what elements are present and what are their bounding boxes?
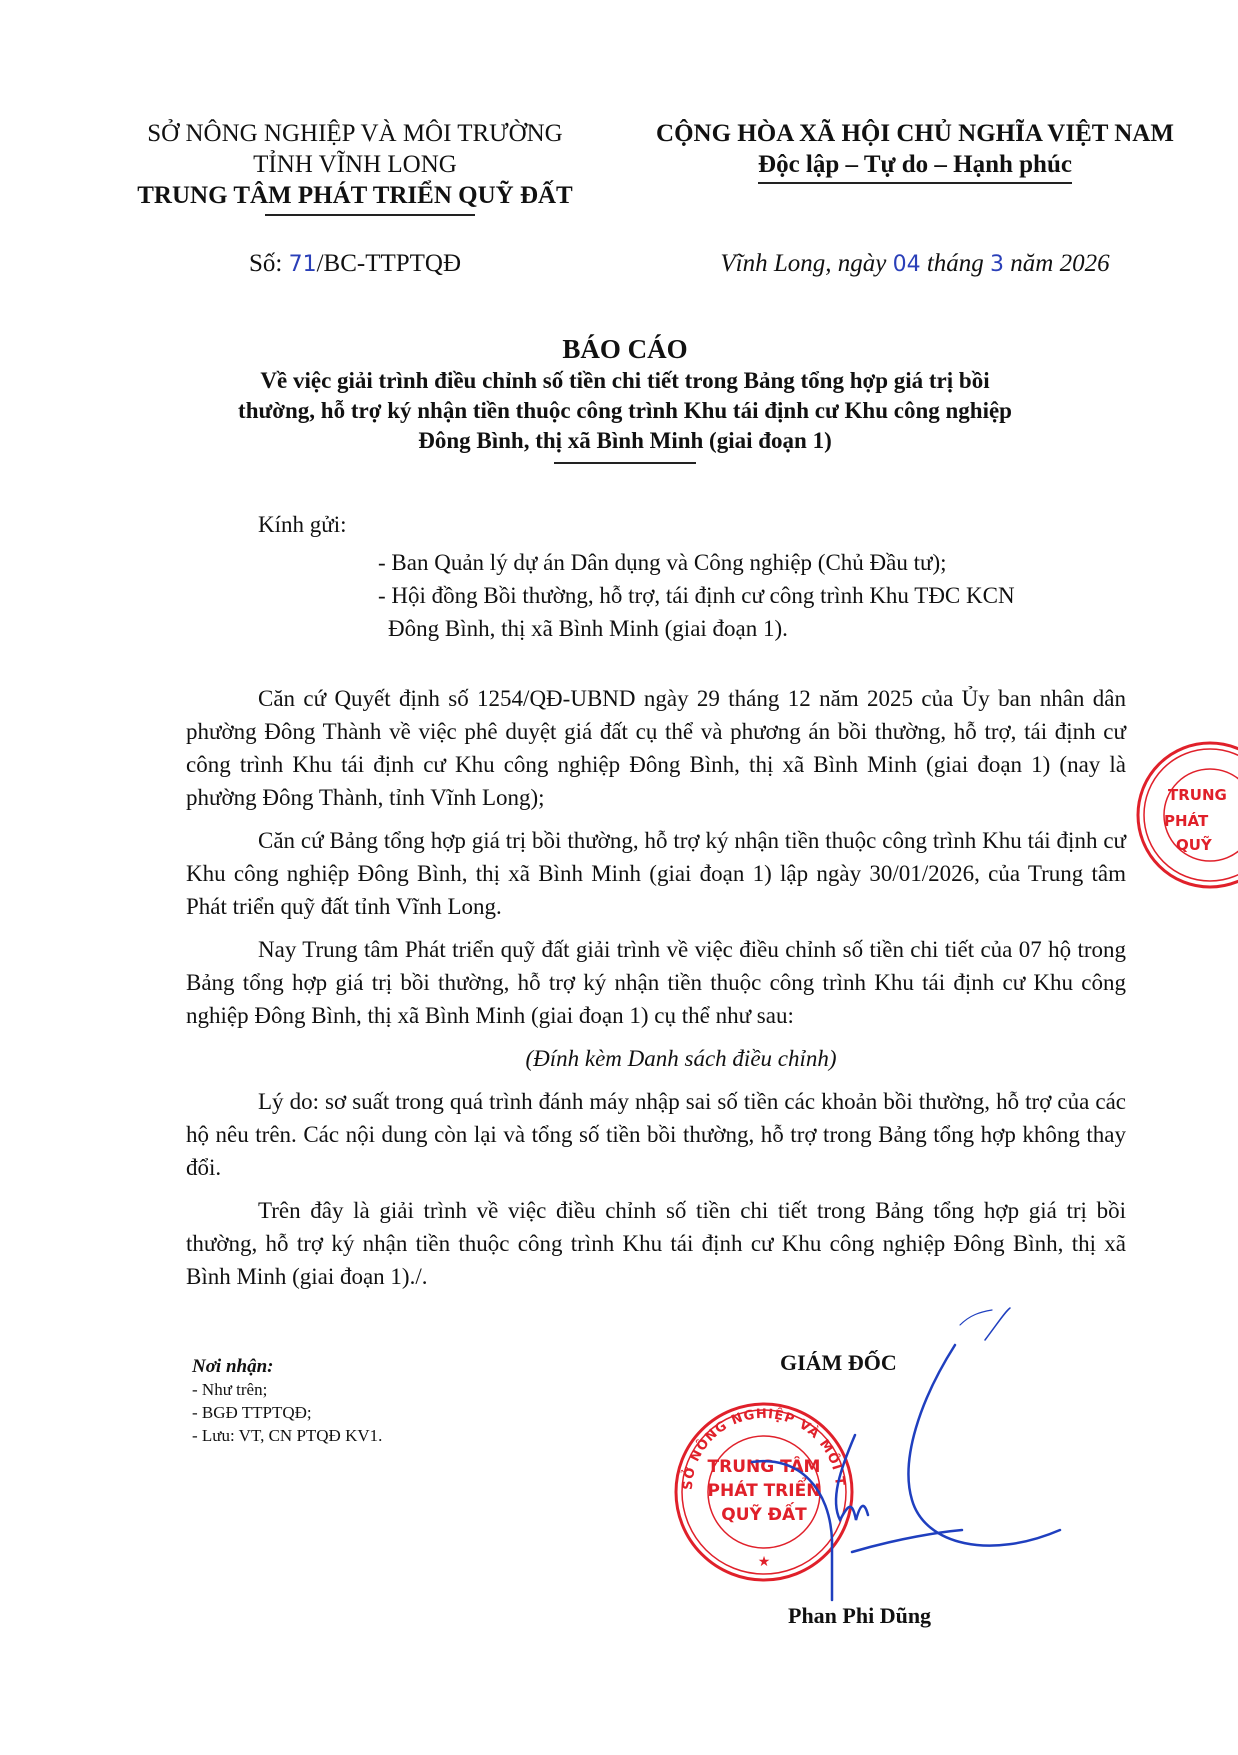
handwritten-number: 71: [289, 252, 317, 277]
body-paragraph: Nay Trung tâm Phát triển quỹ đất giải tr…: [186, 933, 1126, 1032]
signer-title: GIÁM ĐỐC: [780, 1350, 897, 1376]
recipients-list: - Ban Quản lý dự án Dân dụng và Công ngh…: [378, 546, 1015, 645]
distribution-block: Nơi nhận: - Như trên; - BGĐ TTPTQĐ; - Lư…: [192, 1355, 382, 1447]
recipients-label: Kính gửi:: [258, 512, 347, 538]
svg-text:★: ★: [758, 1554, 771, 1570]
document-body: Căn cứ Quyết định số 1254/QĐ-UBND ngày 2…: [186, 682, 1126, 1303]
document-number: Số: 71/BC-TTPTQĐ: [110, 250, 600, 278]
issue-date: Vĩnh Long, ngày 04 tháng 3 năm 2026: [620, 250, 1210, 278]
signer-name: Phan Phi Dũng: [788, 1603, 931, 1629]
attachment-note: (Đính kèm Danh sách điều chỉnh): [236, 1042, 1126, 1075]
svg-text:QUỸ ĐẤT: QUỸ ĐẤT: [721, 1501, 807, 1525]
document-type: BÁO CÁO: [150, 332, 1100, 366]
svg-text:PHÁT TRIỂN: PHÁT TRIỂN: [708, 1476, 821, 1501]
agency-underline: [265, 214, 475, 216]
svg-text:QUỸ: QUỸ: [1176, 835, 1213, 854]
document-title-block: BÁO CÁO Về việc giải trình điều chỉnh số…: [150, 332, 1100, 464]
distribution-item: - Lưu: VT, CN PTQĐ KV1.: [192, 1424, 382, 1447]
title-underline: [554, 462, 696, 464]
handwritten-day: 04: [893, 252, 921, 277]
recipient-item: - Hội đồng Bồi thường, hỗ trợ, tái định …: [378, 579, 1015, 612]
handwritten-month: 3: [990, 252, 1004, 277]
recipient-item-continuation: Đông Bình, thị xã Bình Minh (giai đoạn 1…: [378, 612, 1015, 645]
national-motto: Độc lập – Tự do – Hạnh phúc: [758, 149, 1072, 184]
body-paragraph: Căn cứ Bảng tổng hợp giá trị bồi thường,…: [186, 824, 1126, 923]
subject-line-3: Đông Bình, thị xã Bình Minh (giai đoạn 1…: [150, 426, 1100, 456]
center-name: TRUNG TÂM PHÁT TRIỂN QUỸ ĐẤT: [110, 180, 600, 211]
national-header-block: CỘNG HÒA XÃ HỘI CHỦ NGHĨA VIỆT NAM Độc l…: [620, 118, 1210, 184]
ministry-name: SỞ NÔNG NGHIỆP VÀ MÔI TRƯỜNG: [110, 118, 600, 149]
distribution-item: - Như trên;: [192, 1378, 382, 1401]
nation-name: CỘNG HÒA XÃ HỘI CHỦ NGHĨA VIỆT NAM: [620, 118, 1210, 149]
subject-line-2: thường, hỗ trợ ký nhận tiền thuộc công t…: [150, 396, 1100, 426]
body-paragraph: Lý do: sơ suất trong quá trình đánh máy …: [186, 1085, 1126, 1184]
recipient-item: - Ban Quản lý dự án Dân dụng và Công ngh…: [378, 546, 1015, 579]
distribution-label: Nơi nhận:: [192, 1355, 382, 1378]
province-name: TỈNH VĨNH LONG: [110, 149, 600, 180]
subject-line-1: Về việc giải trình điều chỉnh số tiền ch…: [150, 366, 1100, 396]
body-paragraph: Căn cứ Quyết định số 1254/QĐ-UBND ngày 2…: [186, 682, 1126, 814]
distribution-item: - BGĐ TTPTQĐ;: [192, 1401, 382, 1424]
body-paragraph: Trên đây là giải trình về việc điều chỉn…: [186, 1194, 1126, 1293]
page-edge-seal-icon: TRUNG PHÁT QUỸ: [1138, 743, 1238, 887]
svg-text:TRUNG TÂM: TRUNG TÂM: [708, 1455, 821, 1477]
svg-text:TRUNG: TRUNG: [1168, 786, 1227, 804]
svg-text:PHÁT: PHÁT: [1164, 811, 1209, 830]
issuing-agency-block: SỞ NÔNG NGHIỆP VÀ MÔI TRƯỜNG TỈNH VĨNH L…: [110, 118, 600, 211]
